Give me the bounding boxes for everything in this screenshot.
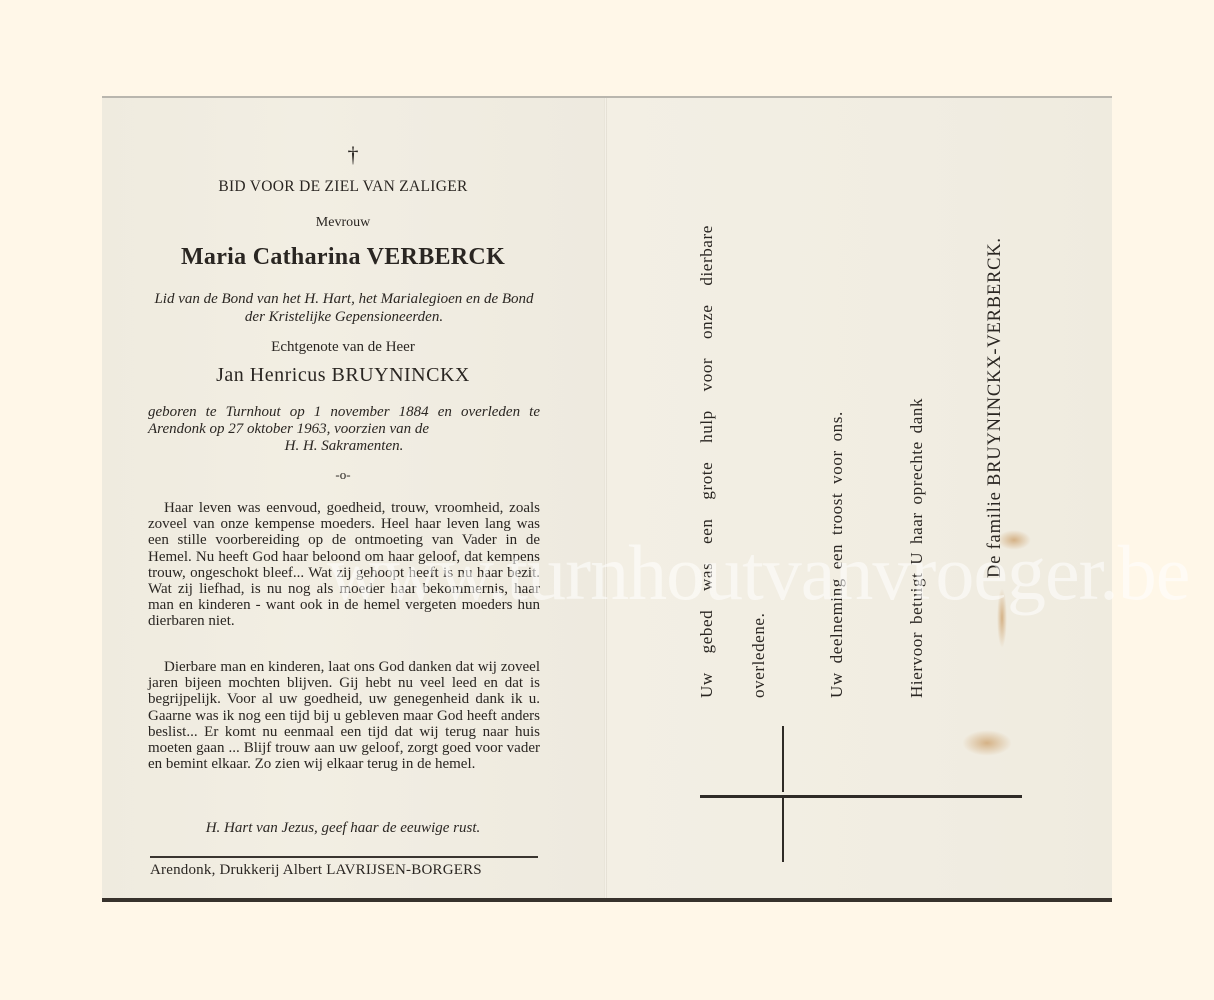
cross-line-vertical-bottom bbox=[782, 798, 784, 862]
thanks-line-1: Uw gebed was een grote hulp voor onze di… bbox=[697, 225, 717, 698]
stain-mark bbox=[997, 588, 1007, 648]
paragraph-farewell: Dierbare man en kinderen, laat ons God d… bbox=[148, 659, 540, 772]
prayer-header: BID VOOR DE ZIEL VAN ZALIGER bbox=[102, 178, 584, 196]
life-dates: geboren te Turnhout op 1 november 1884 e… bbox=[148, 404, 540, 455]
spouse-name: Jan Henricus BRUYNINCKX bbox=[102, 364, 584, 387]
family-signature: De familie BRUYNINCKX-VERBERCK. bbox=[985, 237, 1006, 578]
printer-divider bbox=[150, 856, 538, 858]
spouse-label: Echtgenote van de Heer bbox=[102, 339, 584, 356]
thanks-line-2: overledene. bbox=[749, 613, 769, 698]
left-page: † BID VOOR DE ZIEL VAN ZALIGER Mevrouw M… bbox=[102, 98, 604, 898]
separator: -o- bbox=[102, 467, 584, 483]
memorial-card: † BID VOOR DE ZIEL VAN ZALIGER Mevrouw M… bbox=[102, 96, 1112, 902]
cross-icon: † bbox=[102, 142, 604, 168]
membership-text: Lid van de Bond van het H. Hart, het Mar… bbox=[148, 290, 540, 326]
thanks-line-3: Uw deelneming een troost voor ons. bbox=[827, 411, 847, 698]
right-page bbox=[607, 98, 1112, 898]
deceased-name: Maria Catharina VERBERCK bbox=[102, 244, 584, 271]
paragraph-life: Haar leven was eenvoud, goedheid, trouw,… bbox=[148, 500, 540, 630]
stain-mark bbox=[962, 730, 1012, 756]
cross-line-horizontal bbox=[700, 795, 1022, 798]
title-mevrouw: Mevrouw bbox=[102, 215, 584, 231]
printer-credit: Arendonk, Drukkerij Albert LAVRIJSEN-BOR… bbox=[150, 862, 542, 879]
thanks-line-4: Hiervoor betuigt U haar oprechte dank bbox=[907, 398, 927, 698]
stain-mark bbox=[997, 530, 1031, 550]
cross-line-vertical-top bbox=[782, 726, 784, 792]
life-dates-end: H. H. Sakramenten. bbox=[148, 438, 540, 455]
life-dates-main: geboren te Turnhout op 1 november 1884 e… bbox=[148, 404, 540, 437]
closing-prayer: H. Hart van Jezus, geef haar de eeuwige … bbox=[102, 820, 584, 837]
